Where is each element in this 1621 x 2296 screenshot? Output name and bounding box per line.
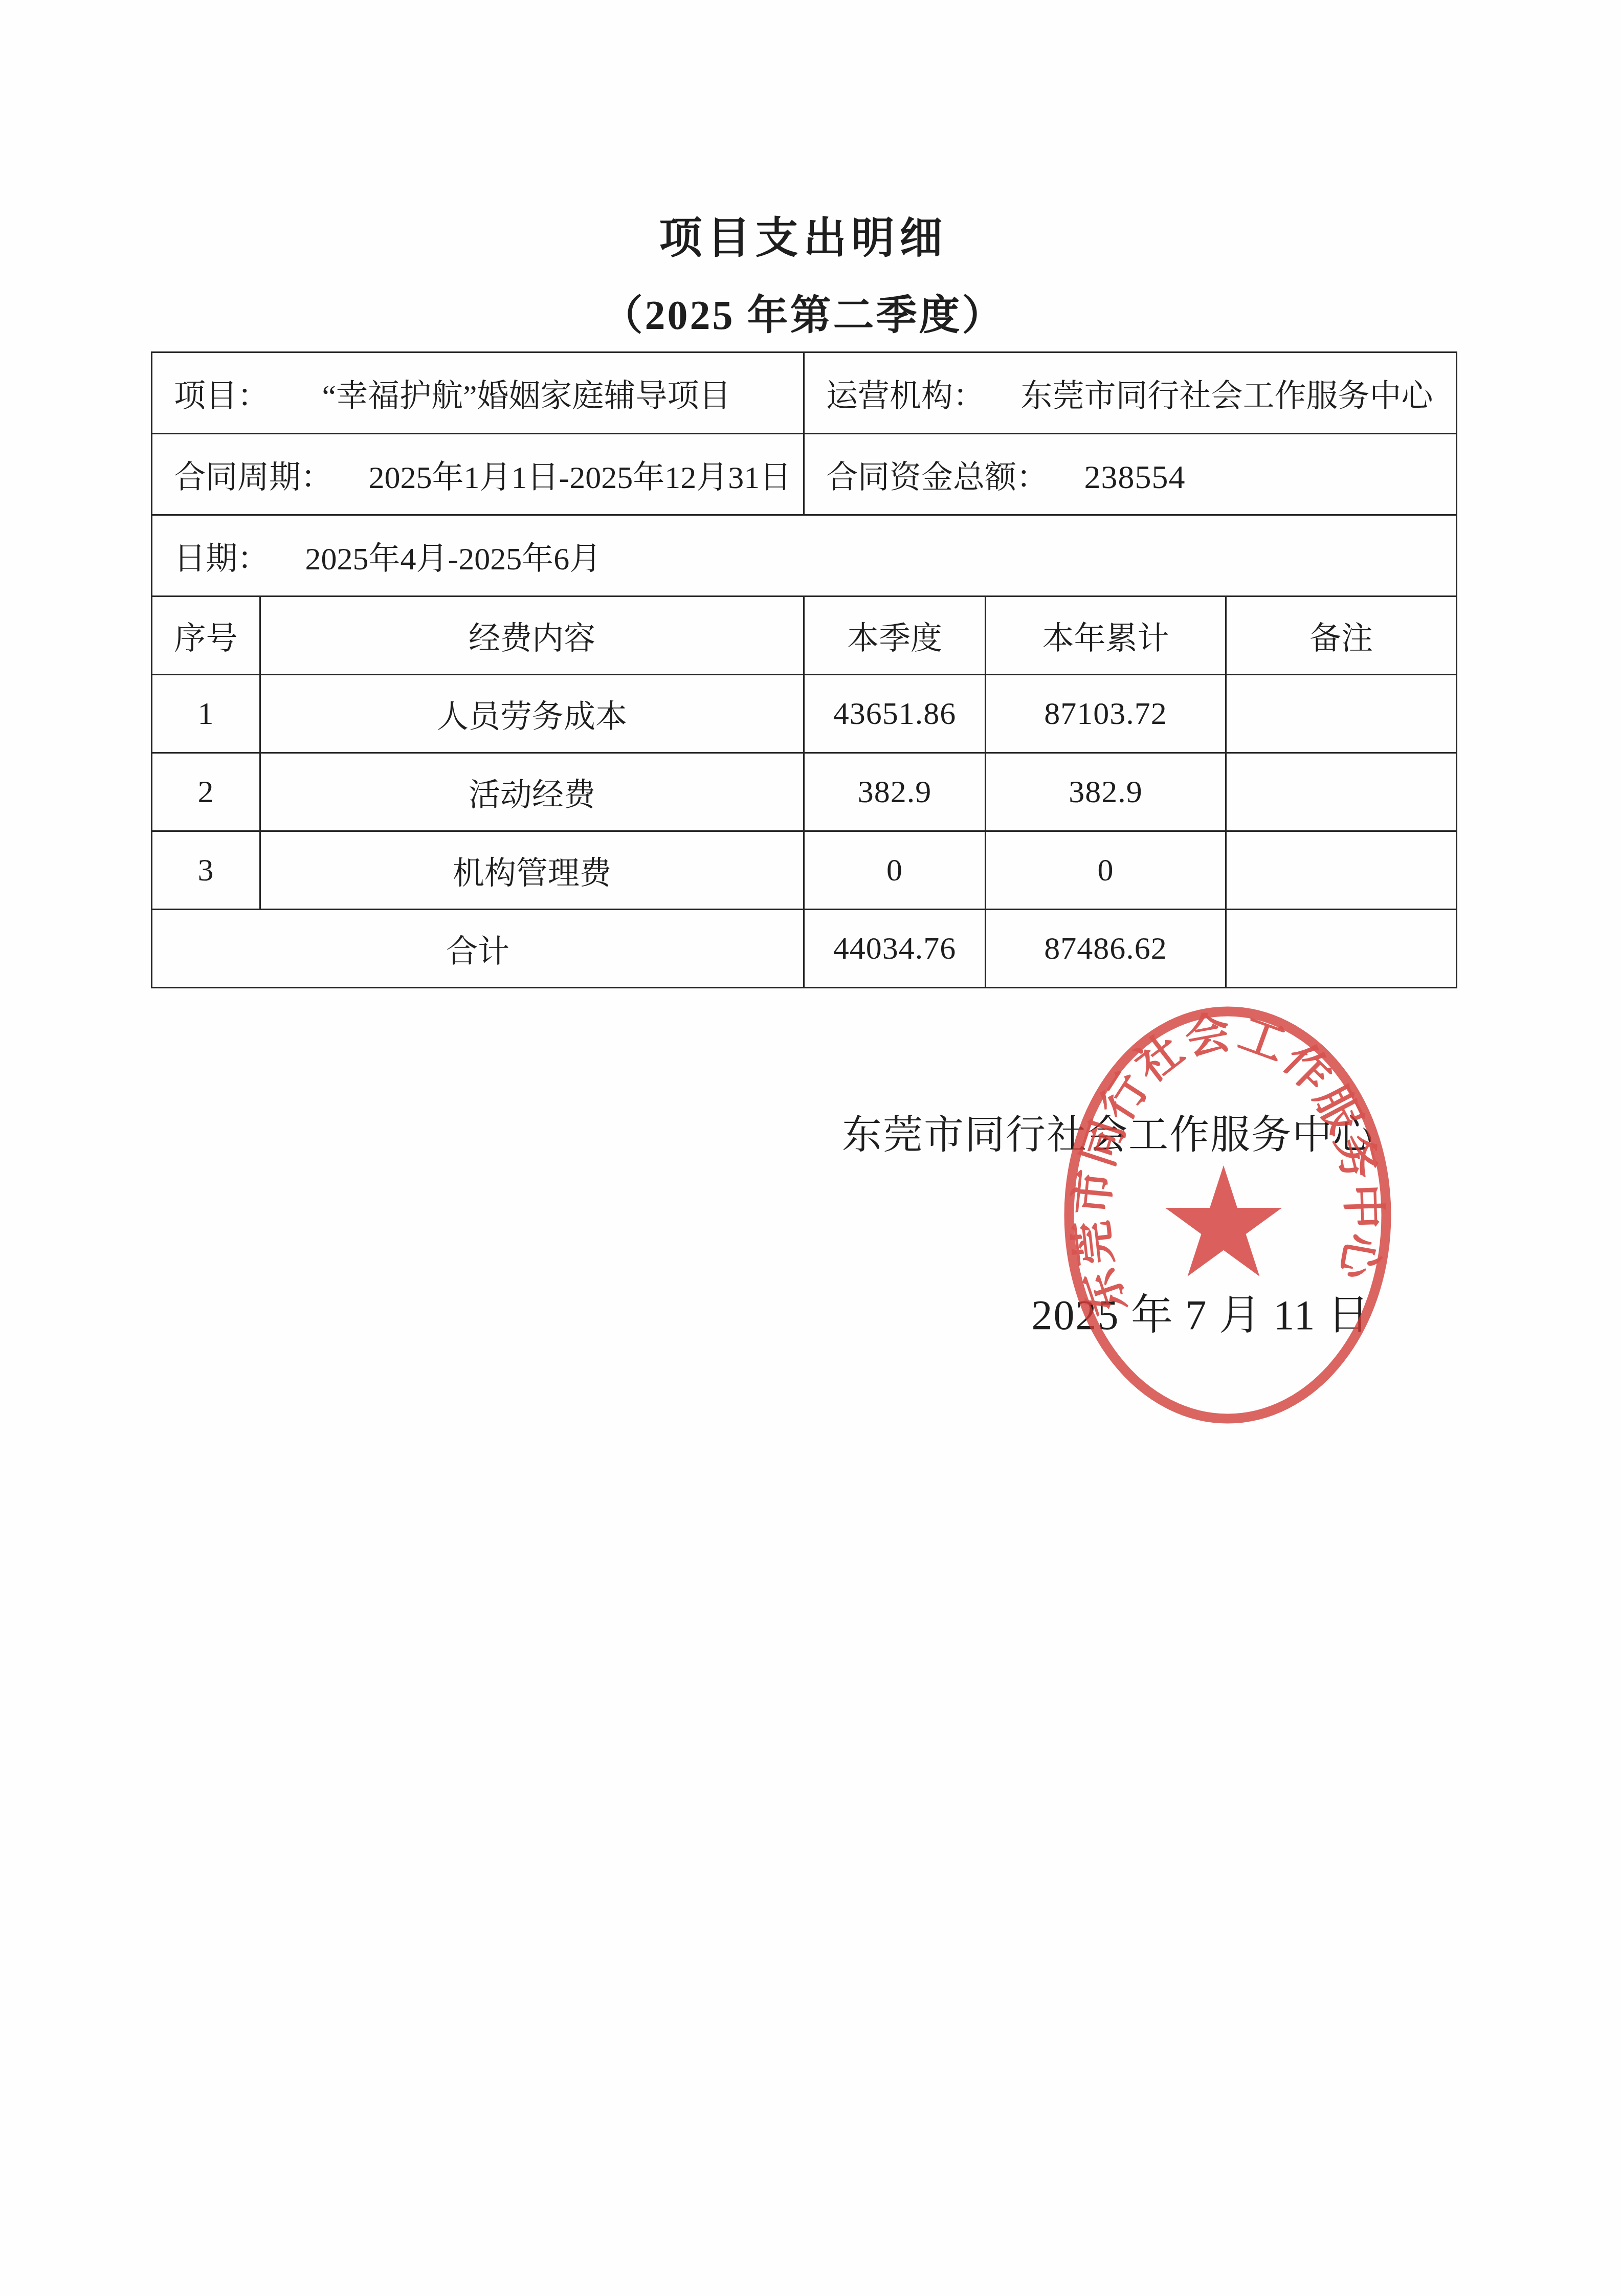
project-value: “幸福护航”婚姻家庭辅导项目	[322, 370, 731, 416]
row-no: 1	[152, 675, 260, 753]
row-no: 2	[152, 753, 260, 831]
seal-star-icon	[1165, 1165, 1282, 1276]
row-item: 机构管理费	[260, 831, 804, 910]
date-range-cell: 日期： 2025年4月-2025年6月	[152, 515, 1457, 597]
scanned-document-page: 项目支出明细 （2025 年第二季度） 项目： “幸福护航”婚姻家庭辅导项目 运…	[0, 0, 1621, 2296]
contract-period-label: 合同周期：	[174, 452, 332, 497]
row-item: 人员劳务成本	[260, 675, 804, 753]
info-row-date: 日期： 2025年4月-2025年6月	[152, 515, 1457, 597]
row-year-total: 0	[986, 831, 1226, 910]
row-item: 活动经费	[260, 753, 804, 831]
table-row: 1 人员劳务成本 43651.86 87103.72	[152, 675, 1457, 753]
expense-table: 项目： “幸福护航”婚姻家庭辅导项目 运营机构： 东莞市同行社会工作服务中心 合…	[151, 351, 1457, 988]
contract-period-cell: 合同周期： 2025年1月1日-2025年12月31日	[152, 434, 804, 515]
total-quarter: 44034.76	[804, 910, 986, 988]
row-quarter: 43651.86	[804, 675, 986, 753]
table-row: 3 机构管理费 0 0	[152, 831, 1457, 910]
col-header-note: 备注	[1226, 597, 1457, 675]
info-row-contract: 合同周期： 2025年1月1日-2025年12月31日 合同资金总额： 2385…	[152, 434, 1457, 515]
table-header-row: 序号 经费内容 本季度 本年累计 备注	[152, 597, 1457, 675]
contract-total-cell: 合同资金总额： 238554	[804, 434, 1457, 515]
official-seal-stamp: 东莞市同行社会工作服务中心	[1043, 986, 1412, 1452]
seal-arc-text: 东莞市同行社会工作服务中心	[1067, 1007, 1388, 1321]
col-header-item: 经费内容	[260, 597, 804, 675]
table-row: 2 活动经费 382.9 382.9	[152, 753, 1457, 831]
operator-label: 运营机构：	[826, 370, 985, 416]
document-header: 项目支出明细 （2025 年第二季度）	[151, 217, 1456, 336]
contract-total-label: 合同资金总额：	[826, 452, 1048, 497]
col-header-quarter: 本季度	[804, 597, 986, 675]
project-label: 项目：	[174, 370, 269, 416]
page-subtitle: （2025 年第二季度）	[151, 295, 1456, 336]
table-total-row: 合计 44034.76 87486.62	[152, 910, 1457, 988]
info-row-project: 项目： “幸福护航”婚姻家庭辅导项目 运营机构： 东莞市同行社会工作服务中心	[152, 352, 1457, 434]
operator-value: 东莞市同行社会工作服务中心	[1021, 370, 1433, 416]
project-cell: 项目： “幸福护航”婚姻家庭辅导项目	[152, 352, 804, 434]
contract-total-value: 238554	[1084, 458, 1186, 496]
col-header-year-total: 本年累计	[986, 597, 1226, 675]
row-note	[1226, 831, 1457, 910]
row-note	[1226, 753, 1457, 831]
col-header-no: 序号	[152, 597, 260, 675]
page-title: 项目支出明细	[151, 217, 1456, 260]
date-range-value: 2025年4月-2025年6月	[305, 533, 602, 579]
row-quarter: 0	[804, 831, 986, 910]
total-note	[1226, 910, 1457, 988]
date-range-label: 日期：	[174, 533, 269, 579]
total-year-total: 87486.62	[986, 910, 1226, 988]
row-year-total: 382.9	[986, 753, 1226, 831]
row-year-total: 87103.72	[986, 675, 1226, 753]
operator-cell: 运营机构： 东莞市同行社会工作服务中心	[804, 352, 1457, 434]
row-no: 3	[152, 831, 260, 910]
svg-text:东莞市同行社会工作服务中心: 东莞市同行社会工作服务中心	[1067, 1007, 1388, 1321]
row-note	[1226, 675, 1457, 753]
row-quarter: 382.9	[804, 753, 986, 831]
contract-period-value: 2025年1月1日-2025年12月31日	[369, 452, 792, 497]
total-label: 合计	[152, 910, 804, 988]
